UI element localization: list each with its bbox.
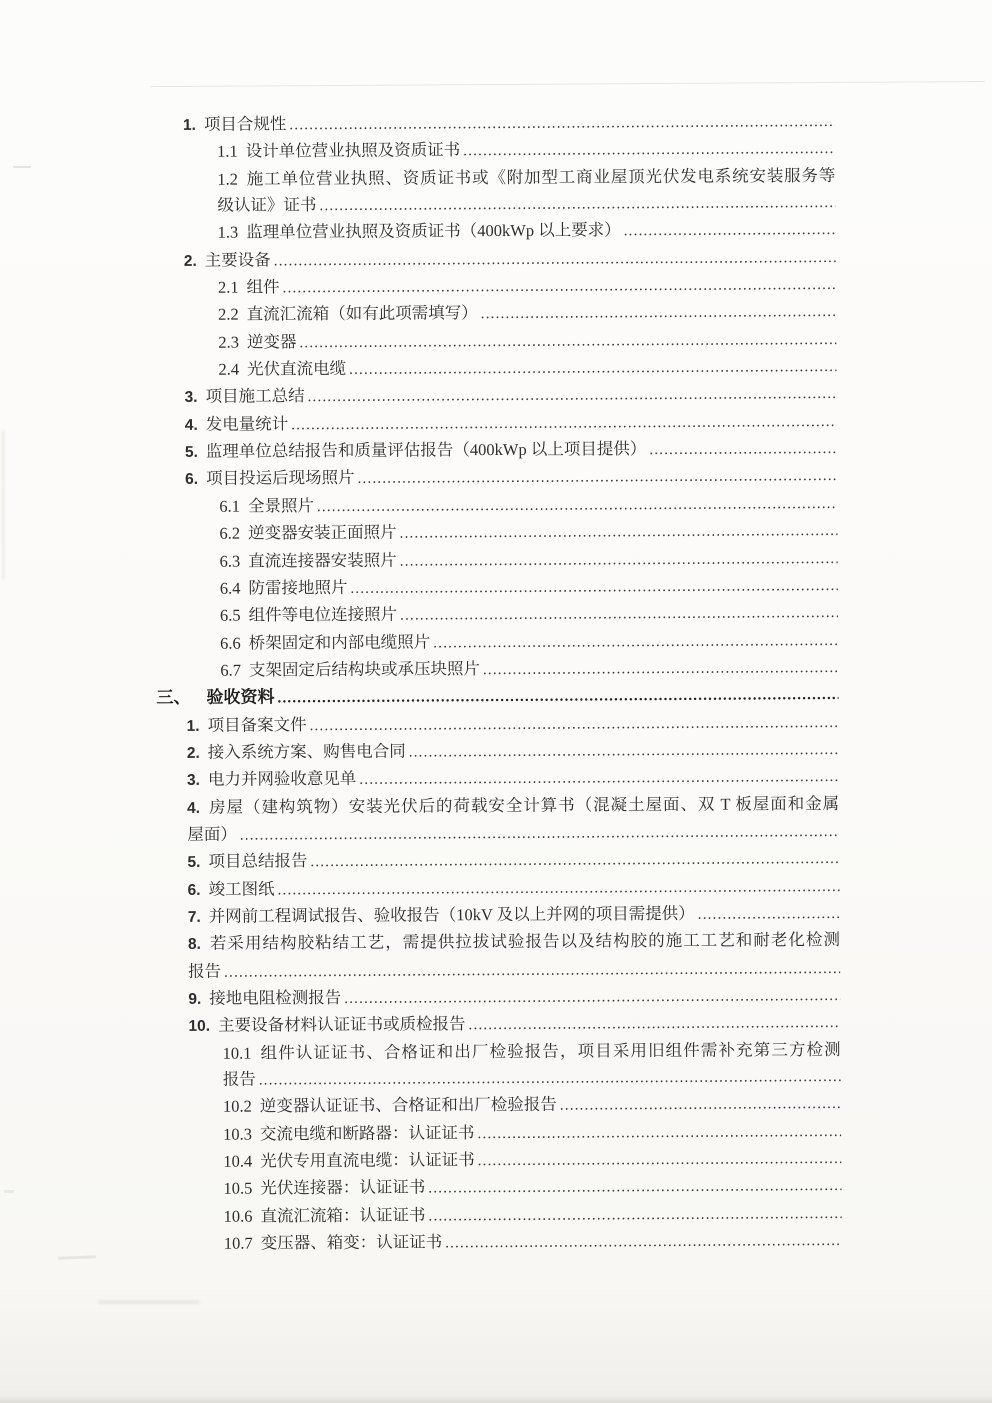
- toc-entry-number: 9.: [188, 987, 201, 1013]
- dot-leader: [299, 326, 836, 357]
- toc-entry-line: 2.1组件: [154, 271, 836, 303]
- dot-leader: [289, 108, 835, 139]
- toc-entry-line: 10.5光伏连接器：认证证书: [159, 1172, 841, 1204]
- toc-entry-number: 2.: [184, 249, 197, 275]
- toc-entry-text: 逆变器安装正面照片: [248, 520, 397, 547]
- toc-entry-number: 2.3: [218, 329, 239, 355]
- toc-entry-text: 发电量统计: [206, 411, 289, 438]
- dot-leader: [224, 955, 840, 986]
- toc-entry-line: 10.2逆变器认证证书、合格证和出厂检验报告: [159, 1090, 841, 1122]
- toc-entry-line: 3.电力并网验收意见单: [157, 763, 839, 795]
- scan-artifact: [4, 1190, 14, 1193]
- toc-entry-line: 1.项目备案文件: [157, 708, 839, 740]
- scan-artifact: [13, 166, 31, 168]
- toc-entry-number: 三、: [156, 685, 190, 712]
- toc-entry-line-continued: 报告: [158, 955, 840, 987]
- dot-leader: [240, 818, 840, 849]
- dot-leader: [481, 298, 837, 328]
- toc-entry-line: 10.3交流电缆和断路器：认证证书: [159, 1118, 841, 1150]
- toc-entry-line: 7.并网前工程调试报告、验收报告（10kV 及以上并网的项目需提供）: [158, 900, 840, 932]
- toc-entry-line: 2.3逆变器: [154, 326, 836, 358]
- toc-entry-text: 验收资料: [206, 685, 274, 712]
- toc-entry-text: 支架固定后结构块或承压块照片: [249, 656, 480, 684]
- dot-leader: [277, 681, 838, 712]
- toc-entry-text: 光伏直流电缆: [247, 356, 346, 383]
- toc-entry-text: 逆变器: [247, 329, 297, 356]
- toc-entry-line: 8.若采用结构胶粘结工艺，需提供拉拔试验报告以及结构胶的施工工艺和耐老化检测: [158, 927, 840, 959]
- toc-entry-text: 项目施工总结: [205, 384, 304, 411]
- toc-entry-text: 房屋（建构筑物）安装光伏后的荷载安全计算书（混凝土屋面、双 T 板屋面和金属: [208, 794, 839, 817]
- toc-entry-line: 10.主要设备材料认证证书或质检报告: [158, 1009, 840, 1041]
- toc-entry-number: 8.: [188, 936, 201, 953]
- dot-leader: [624, 216, 836, 245]
- toc-entry-number: 6.3: [220, 548, 241, 574]
- toc-entry-line: 6.7支架固定后结构块或承压块照片: [156, 654, 838, 686]
- dot-leader: [463, 135, 835, 165]
- toc-entry-number: 6.4: [220, 575, 241, 601]
- toc-entry-number: 5.: [185, 440, 198, 466]
- toc-entry-line: 6.2逆变器安装正面照片: [155, 517, 837, 549]
- dot-leader: [307, 380, 836, 411]
- toc-entry-text: 组件: [247, 274, 280, 301]
- toc-entry-line: 1.2施工单位营业执照、资质证书或《附加型工商业屋顶光伏发电系统安装服务等: [153, 163, 835, 194]
- toc-entry-text-continued: 报告: [188, 958, 221, 985]
- toc-entry-text: 竣工图纸: [208, 876, 274, 903]
- dot-leader: [468, 1009, 840, 1039]
- toc-entry-number: 10.: [188, 1014, 210, 1040]
- dot-leader: [309, 708, 838, 739]
- dot-leader: [428, 1200, 841, 1230]
- toc-entry-line: 1.3监理单位营业执照及资质证书（400kWp 以上要求）: [154, 216, 836, 248]
- toc-entry-line: 6.竣工图纸: [158, 873, 840, 905]
- toc-entry-number: 6.: [185, 467, 198, 493]
- toc-entry-line: 5.项目总结报告: [157, 845, 839, 877]
- toc-entry-line: 5.监理单位总结报告和质量评估报告（400kWp 以上项目提供）: [155, 435, 837, 467]
- toc-entry-text: 监理单位营业执照及资质证书（400kWp 以上要求）: [246, 218, 621, 247]
- toc-entry-text: 项目投运后现场照片: [206, 465, 355, 492]
- toc-entry-line: 2.2直流汇流箱（如有此项需填写）: [154, 298, 836, 330]
- toc-entry-number: 5.: [187, 850, 200, 876]
- dot-leader: [698, 900, 840, 928]
- toc-entry-line: 6.6桥架固定和内部电缆照片: [156, 626, 838, 658]
- toc-entry-text: 光伏专用直流电缆：认证证书: [260, 1147, 475, 1175]
- toc-entry-text: 直流汇流箱：认证证书: [260, 1202, 425, 1229]
- toc-entry-number: 6.5: [220, 603, 241, 629]
- toc-entry-number: 2.: [187, 741, 200, 767]
- toc-entry-number: 2.4: [218, 357, 239, 383]
- toc-entry-text-continued: 屋面）: [187, 822, 237, 849]
- dot-leader: [319, 189, 835, 219]
- toc-entry-number: 2.2: [218, 302, 239, 328]
- toc-entry-text: 防雷接地照片: [248, 575, 347, 602]
- toc-entry-text: 接地电阻检测报告: [209, 985, 341, 1012]
- toc-entry-text: 监理单位总结报告和质量评估报告（400kWp 以上项目提供）: [206, 436, 647, 465]
- toc-entry-line: 6.3直流连接器安装照片: [156, 544, 838, 576]
- toc-entry-line: 1.1设计单位营业执照及资质证书: [153, 135, 835, 167]
- dot-leader: [649, 435, 837, 463]
- scanned-document-page: { "page": { "paper_color": "#fbfaf8", "i…: [0, 0, 992, 1403]
- toc-entry-text: 光伏连接器：认证证书: [260, 1175, 425, 1202]
- toc-entry-line: 10.6直流汇流箱：认证证书: [160, 1200, 842, 1232]
- toc-entry-line: 4.发电量统计: [155, 408, 837, 440]
- dot-leader: [359, 763, 839, 793]
- toc-entry-line: 4.房屋（建构筑物）安装光伏后的荷载安全计算书（混凝土屋面、双 T 板屋面和金属: [157, 791, 839, 823]
- toc-entry-text: 逆变器认证证书、合格证和出厂检验报告: [260, 1092, 557, 1120]
- toc-entry-line-continued: 级认证》证书: [153, 189, 835, 221]
- toc-entry-text: 主要设备: [205, 247, 271, 274]
- dot-leader: [344, 982, 840, 1012]
- toc-entry-text: 全景照片: [248, 493, 314, 520]
- toc-entry-number: 6.: [188, 877, 201, 903]
- toc-entry-line: 10.7变压器、箱变：认证证书: [160, 1227, 842, 1259]
- dot-leader: [317, 490, 838, 521]
- toc-entry-line-continued: 屋面）: [157, 818, 839, 850]
- dot-leader: [560, 1090, 841, 1119]
- page-header-rule: [151, 81, 985, 87]
- toc-entry-number: 6.2: [219, 521, 240, 547]
- toc-entry-number: 6.6: [220, 630, 241, 656]
- toc-entry-line: 6.项目投运后现场照片: [155, 462, 837, 494]
- dot-leader: [400, 517, 838, 547]
- toc-entry-text: 桥架固定和内部电缆照片: [249, 629, 431, 656]
- dot-leader: [409, 736, 839, 766]
- toc-entry-line: 1.项目合规性: [153, 108, 835, 140]
- toc-entry-line: 2.4光伏直流电缆: [154, 353, 836, 385]
- dot-leader: [445, 1227, 842, 1257]
- toc-entry-line: 10.1组件认证证书、合格证和出厂检验报告，项目采用旧组件需补充第三方检测: [159, 1037, 841, 1068]
- toc-section-header: 三、验收资料: [156, 681, 838, 713]
- toc-entry-number: 3.: [187, 768, 200, 794]
- toc-entry-text-continued: 级认证》证书: [217, 192, 316, 219]
- dot-leader: [483, 654, 839, 684]
- dot-leader: [291, 408, 837, 439]
- toc-entry-number: 1.1: [217, 139, 238, 165]
- toc-entry-number: 10.4: [223, 1149, 252, 1176]
- toc-entry-number: 1.: [187, 713, 200, 739]
- toc-entry-text: 施工单位营业执照、资质证书或《附加型工商业屋顶光伏发电系统安装服务等: [246, 166, 835, 189]
- toc-entry-line: 10.4光伏专用直流电缆：认证证书: [159, 1145, 841, 1177]
- toc-entry-number: 1.3: [218, 220, 239, 246]
- toc-entry-number: 2.1: [218, 275, 239, 301]
- toc-entry-number: 10.7: [224, 1231, 253, 1258]
- dot-leader: [477, 1118, 841, 1148]
- toc-entry-line: 6.1全景照片: [155, 490, 837, 522]
- toc-entry-text: 项目合规性: [204, 111, 287, 138]
- toc-entry-number: 6.7: [220, 657, 241, 683]
- toc-entry-text: 并网前工程调试报告、验收报告（10kV 及以上并网的项目需提供）: [209, 901, 695, 930]
- toc-entry-number: 3.: [185, 385, 198, 411]
- toc-entry-text: 变压器、箱变：认证证书: [261, 1229, 443, 1256]
- toc-entry-number: 10.3: [223, 1121, 252, 1148]
- toc-entry-number: 7.: [188, 905, 201, 931]
- toc-entry-line: 2.主要设备: [154, 244, 836, 276]
- dot-leader: [277, 873, 839, 904]
- toc-entry-text: 项目总结报告: [208, 848, 307, 875]
- toc-entry-number: 6.1: [219, 493, 240, 519]
- toc-entry-text: 组件认证证书、合格证和出厂检验报告，项目采用旧组件需补充第三方检测: [259, 1040, 840, 1063]
- dot-leader: [478, 1145, 842, 1175]
- dot-leader: [350, 572, 838, 602]
- toc-entry-line-continued: 报告: [159, 1063, 841, 1095]
- toc-entry-text: 主要设备材料认证证书或质检报告: [218, 1012, 466, 1040]
- toc-entry-number: 10.5: [223, 1176, 252, 1203]
- dot-leader: [259, 1063, 841, 1094]
- toc-entry-line: 6.5组件等电位连接照片: [156, 599, 838, 631]
- table-of-contents: 1.项目合规性1.1设计单位营业执照及资质证书1.2施工单位营业执照、资质证书或…: [153, 108, 842, 1259]
- toc-entry-number: 4.: [185, 413, 198, 439]
- toc-entry-text: 设计单位营业执照及资质证书: [246, 138, 461, 166]
- toc-entry-text: 电力并网验收意见单: [208, 766, 357, 793]
- toc-entry-number: 10.1: [223, 1043, 252, 1062]
- scan-tilt-wrapper: 1.项目合规性1.1设计单位营业执照及资质证书1.2施工单位营业执照、资质证书或…: [0, 0, 992, 1403]
- toc-entry-number: 4.: [187, 799, 200, 816]
- toc-entry-line: 3.项目施工总结: [155, 380, 837, 412]
- toc-entry-number: 10.6: [224, 1203, 253, 1230]
- toc-entry-number: 1.: [183, 113, 196, 139]
- dot-leader: [400, 599, 838, 629]
- dot-leader: [433, 626, 838, 656]
- toc-entry-text-continued: 报告: [223, 1067, 256, 1094]
- toc-entry-line: 6.4防雷接地照片: [156, 572, 838, 604]
- toc-entry-text: 直流连接器安装照片: [248, 547, 397, 574]
- toc-entry-text: 组件等电位连接照片: [249, 602, 398, 629]
- scan-artifact: [98, 1300, 200, 1304]
- toc-entry-text: 接入系统方案、购售电合同: [208, 738, 406, 766]
- dot-leader: [428, 1172, 841, 1202]
- toc-entry-number: 1.2: [217, 169, 238, 188]
- toc-entry-line: 9.接地电阻检测报告: [158, 982, 840, 1014]
- dot-leader: [310, 845, 839, 876]
- toc-entry-text: 交流电缆和断路器：认证证书: [260, 1120, 475, 1148]
- toc-entry-text: 若采用结构胶粘结工艺，需提供拉拔试验报告以及结构胶的施工工艺和耐老化检测: [209, 930, 840, 953]
- toc-entry-text: 直流汇流箱（如有此项需填写）: [247, 301, 478, 329]
- toc-entry-text: 项目备案文件: [207, 712, 306, 739]
- dot-leader: [283, 271, 837, 302]
- scan-bottom-shadow: [0, 1395, 992, 1403]
- scan-artifact: [2, 430, 5, 580]
- dot-leader: [357, 462, 837, 492]
- toc-entry-line: 2.接入系统方案、购售电合同: [157, 736, 839, 768]
- dot-leader: [349, 353, 837, 383]
- toc-entry-number: 10.2: [223, 1094, 252, 1121]
- dot-leader: [274, 244, 836, 275]
- dot-leader: [400, 544, 838, 574]
